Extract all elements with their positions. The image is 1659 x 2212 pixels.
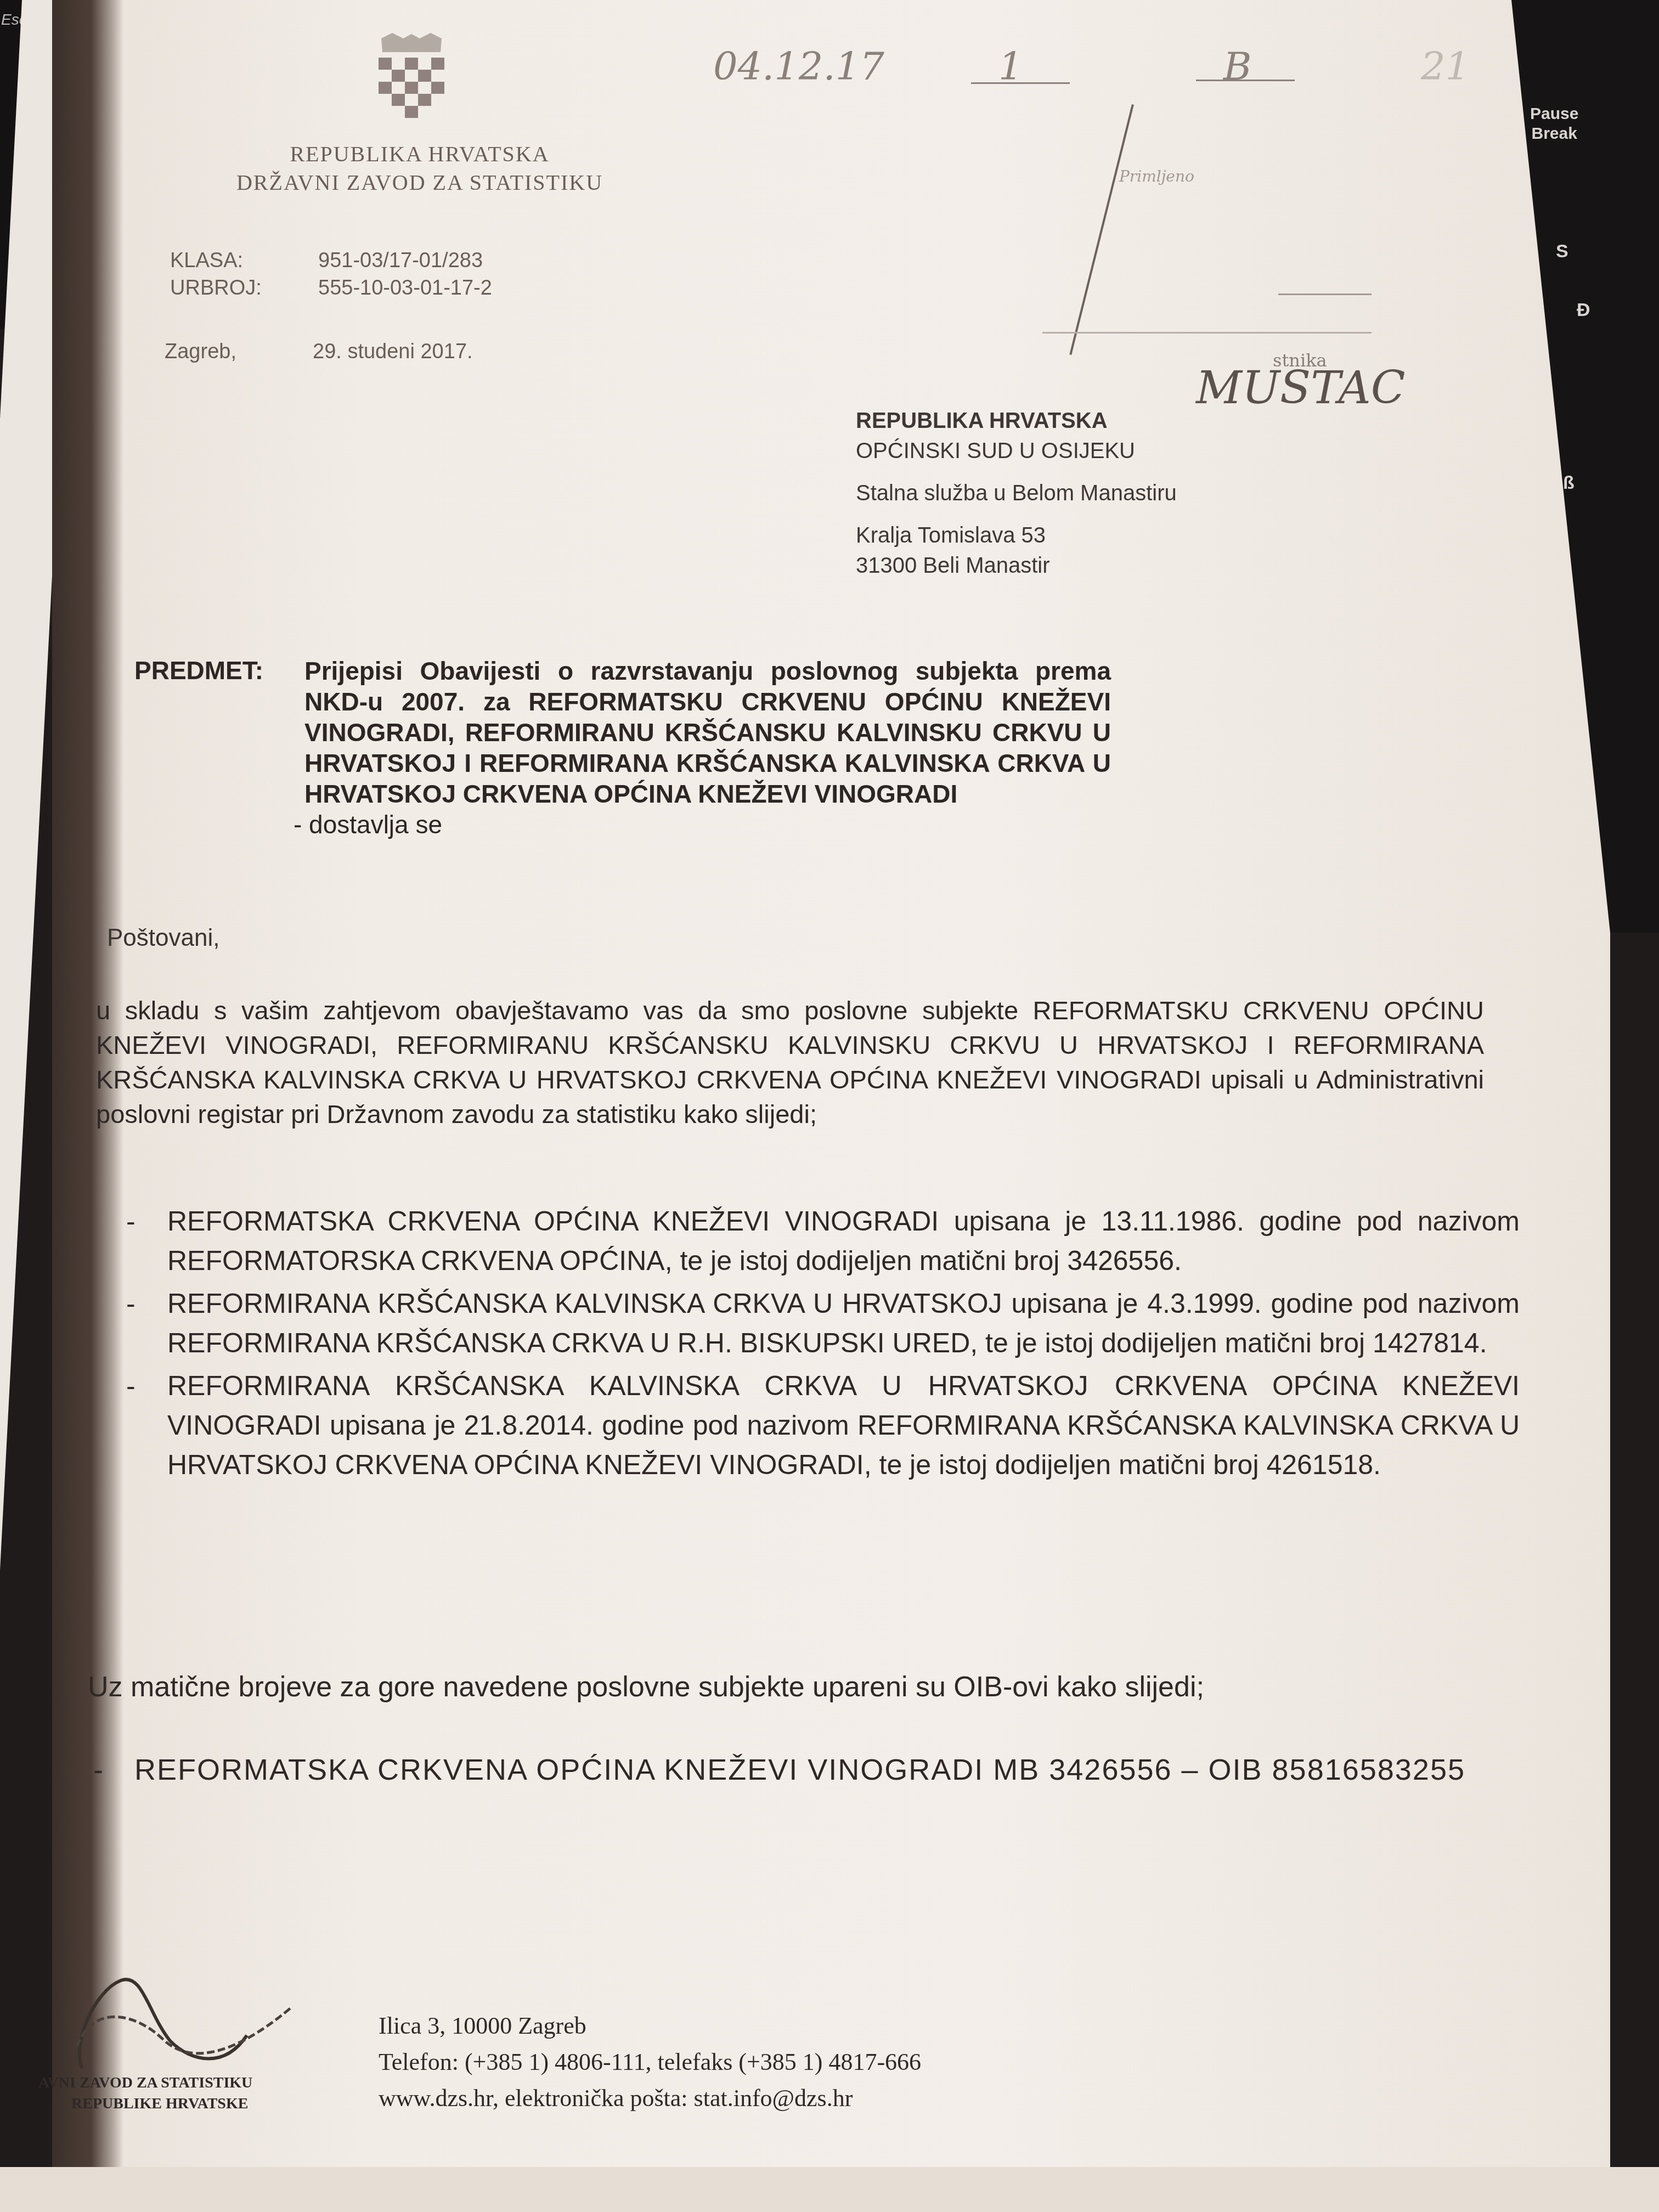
footer-address: Ilica 3, 10000 Zagreb bbox=[379, 2008, 921, 2044]
s-key: S bbox=[1556, 240, 1568, 263]
recipient-address: REPUBLIKA HRVATSKA OPĆINSKI SUD U OSIJEK… bbox=[856, 406, 1177, 581]
croatian-coat-of-arms-icon bbox=[370, 33, 453, 129]
footer-web[interactable]: www.dzs.hr, elektronička pošta: stat.inf… bbox=[379, 2080, 921, 2117]
footer-org-line-1: AVNI ZAVOD ZA STATISTIKU bbox=[38, 2073, 252, 2093]
recipient-line-3: Stalna služba u Belom Manastiru bbox=[856, 478, 1177, 509]
footer-org-line-2: REPUBLIKE HRVATSKE bbox=[38, 2093, 252, 2114]
footer-organisation: AVNI ZAVOD ZA STATISTIKU REPUBLIKE HRVAT… bbox=[38, 2073, 252, 2114]
issuer-line-1: REPUBLIKA HRVATSKA bbox=[187, 140, 653, 168]
handwritten-note-3: 21 bbox=[1421, 44, 1470, 89]
stamp-line bbox=[1278, 294, 1372, 295]
issuer-header: REPUBLIKA HRVATSKA DRŽAVNI ZAVOD ZA STAT… bbox=[187, 140, 653, 197]
subject-suffix: - dostavlja se bbox=[294, 809, 1111, 840]
oib-list: -REFORMATSKA CRKVENA OPĆINA KNEŽEVI VINO… bbox=[82, 1750, 1542, 1793]
list-bullet: - bbox=[93, 1750, 104, 1790]
list-item-text: REFORMIRANA KRŠĆANSKA KALVINSKA CRKVA U … bbox=[167, 1370, 1520, 1480]
subject-block: PREDMET: Prijepisi Obavijesti o razvrsta… bbox=[134, 656, 1111, 840]
eszett-key: ß bbox=[1563, 472, 1575, 494]
handwritten-date-note: 04.12.17 bbox=[713, 44, 884, 89]
subject-text: Prijepisi Obavijesti o razvrstavanju pos… bbox=[304, 656, 1111, 809]
recipient-line-1: REPUBLIKA HRVATSKA bbox=[856, 406, 1177, 436]
issuer-line-2: DRŽAVNI ZAVOD ZA STATISTIKU bbox=[187, 168, 653, 197]
d-stroke-key: Đ bbox=[1577, 299, 1590, 321]
list-bullet: - bbox=[126, 1366, 136, 1406]
document-date: 29. studeni 2017. bbox=[313, 340, 473, 364]
recipient-line-5: 31300 Beli Manastir bbox=[856, 551, 1177, 581]
list-item-text: REFORMATSKA CRKVENA OPĆINA KNEŽEVI VINOG… bbox=[167, 1206, 1520, 1276]
list-item: -REFORMIRANA KRŠĆANSKA KALVINSKA CRKVA U… bbox=[115, 1284, 1520, 1363]
handwritten-note-1: 1 bbox=[998, 44, 1023, 89]
date-line: Zagreb, 29. studeni 2017. bbox=[165, 340, 473, 364]
registration-list: -REFORMATSKA CRKVENA OPĆINA KNEŽEVI VINO… bbox=[115, 1201, 1520, 1488]
handwritten-note-2: B bbox=[1223, 44, 1251, 89]
dzs-wave-logo-icon bbox=[60, 1970, 318, 2079]
klasa-label: KLASA: bbox=[170, 247, 318, 274]
list-item: -REFORMIRANA KRŠĆANSKA KALVINSKA CRKVA U… bbox=[115, 1366, 1520, 1485]
list-item: -REFORMATSKA CRKVENA OPĆINA KNEŽEVI VINO… bbox=[115, 1201, 1520, 1280]
recipient-line-2: OPĆINSKI SUD U OSIJEKU bbox=[856, 436, 1177, 466]
oib-intro: Uz matične brojeve za gore navedene posl… bbox=[88, 1671, 1204, 1703]
recipient-line-4: Kralja Tomislava 53 bbox=[856, 521, 1177, 551]
handwritten-signature: MUSTAC bbox=[1196, 362, 1405, 414]
list-bullet: - bbox=[126, 1284, 136, 1323]
paper-bottom-edge bbox=[0, 2167, 1659, 2212]
stamp-faint-text: Primljeno bbox=[1119, 167, 1194, 185]
city: Zagreb, bbox=[165, 340, 313, 364]
footer-contact: Ilica 3, 10000 Zagreb Telefon: (+385 1) … bbox=[379, 2008, 921, 2117]
urbroj-label: URBROJ: bbox=[170, 274, 318, 302]
klasa-value: 951-03/17-01/283 bbox=[318, 247, 483, 274]
list-item-text: REFORMIRANA KRŠĆANSKA KALVINSKA CRKVA U … bbox=[167, 1288, 1520, 1358]
urbroj-value: 555-10-03-01-17-2 bbox=[318, 274, 492, 302]
subject-label: PREDMET: bbox=[134, 656, 263, 685]
list-item-text: REFORMATSKA CRKVENA OPĆINA KNEŽEVI VINOG… bbox=[134, 1753, 1465, 1786]
stamp-line bbox=[1042, 332, 1372, 334]
list-bullet: - bbox=[126, 1201, 136, 1241]
reference-block: KLASA: 951-03/17-01/283 URBROJ: 555-10-0… bbox=[170, 247, 492, 302]
list-item: -REFORMATSKA CRKVENA OPĆINA KNEŽEVI VINO… bbox=[82, 1750, 1542, 1790]
pause-break-key: Pause Break bbox=[1530, 104, 1578, 144]
footer-phone: Telefon: (+385 1) 4806-111, telefaks (+3… bbox=[379, 2044, 921, 2080]
intro-paragraph: u skladu s vašim zahtjevom obavještavamo… bbox=[96, 993, 1484, 1131]
salutation: Poštovani, bbox=[107, 924, 219, 952]
